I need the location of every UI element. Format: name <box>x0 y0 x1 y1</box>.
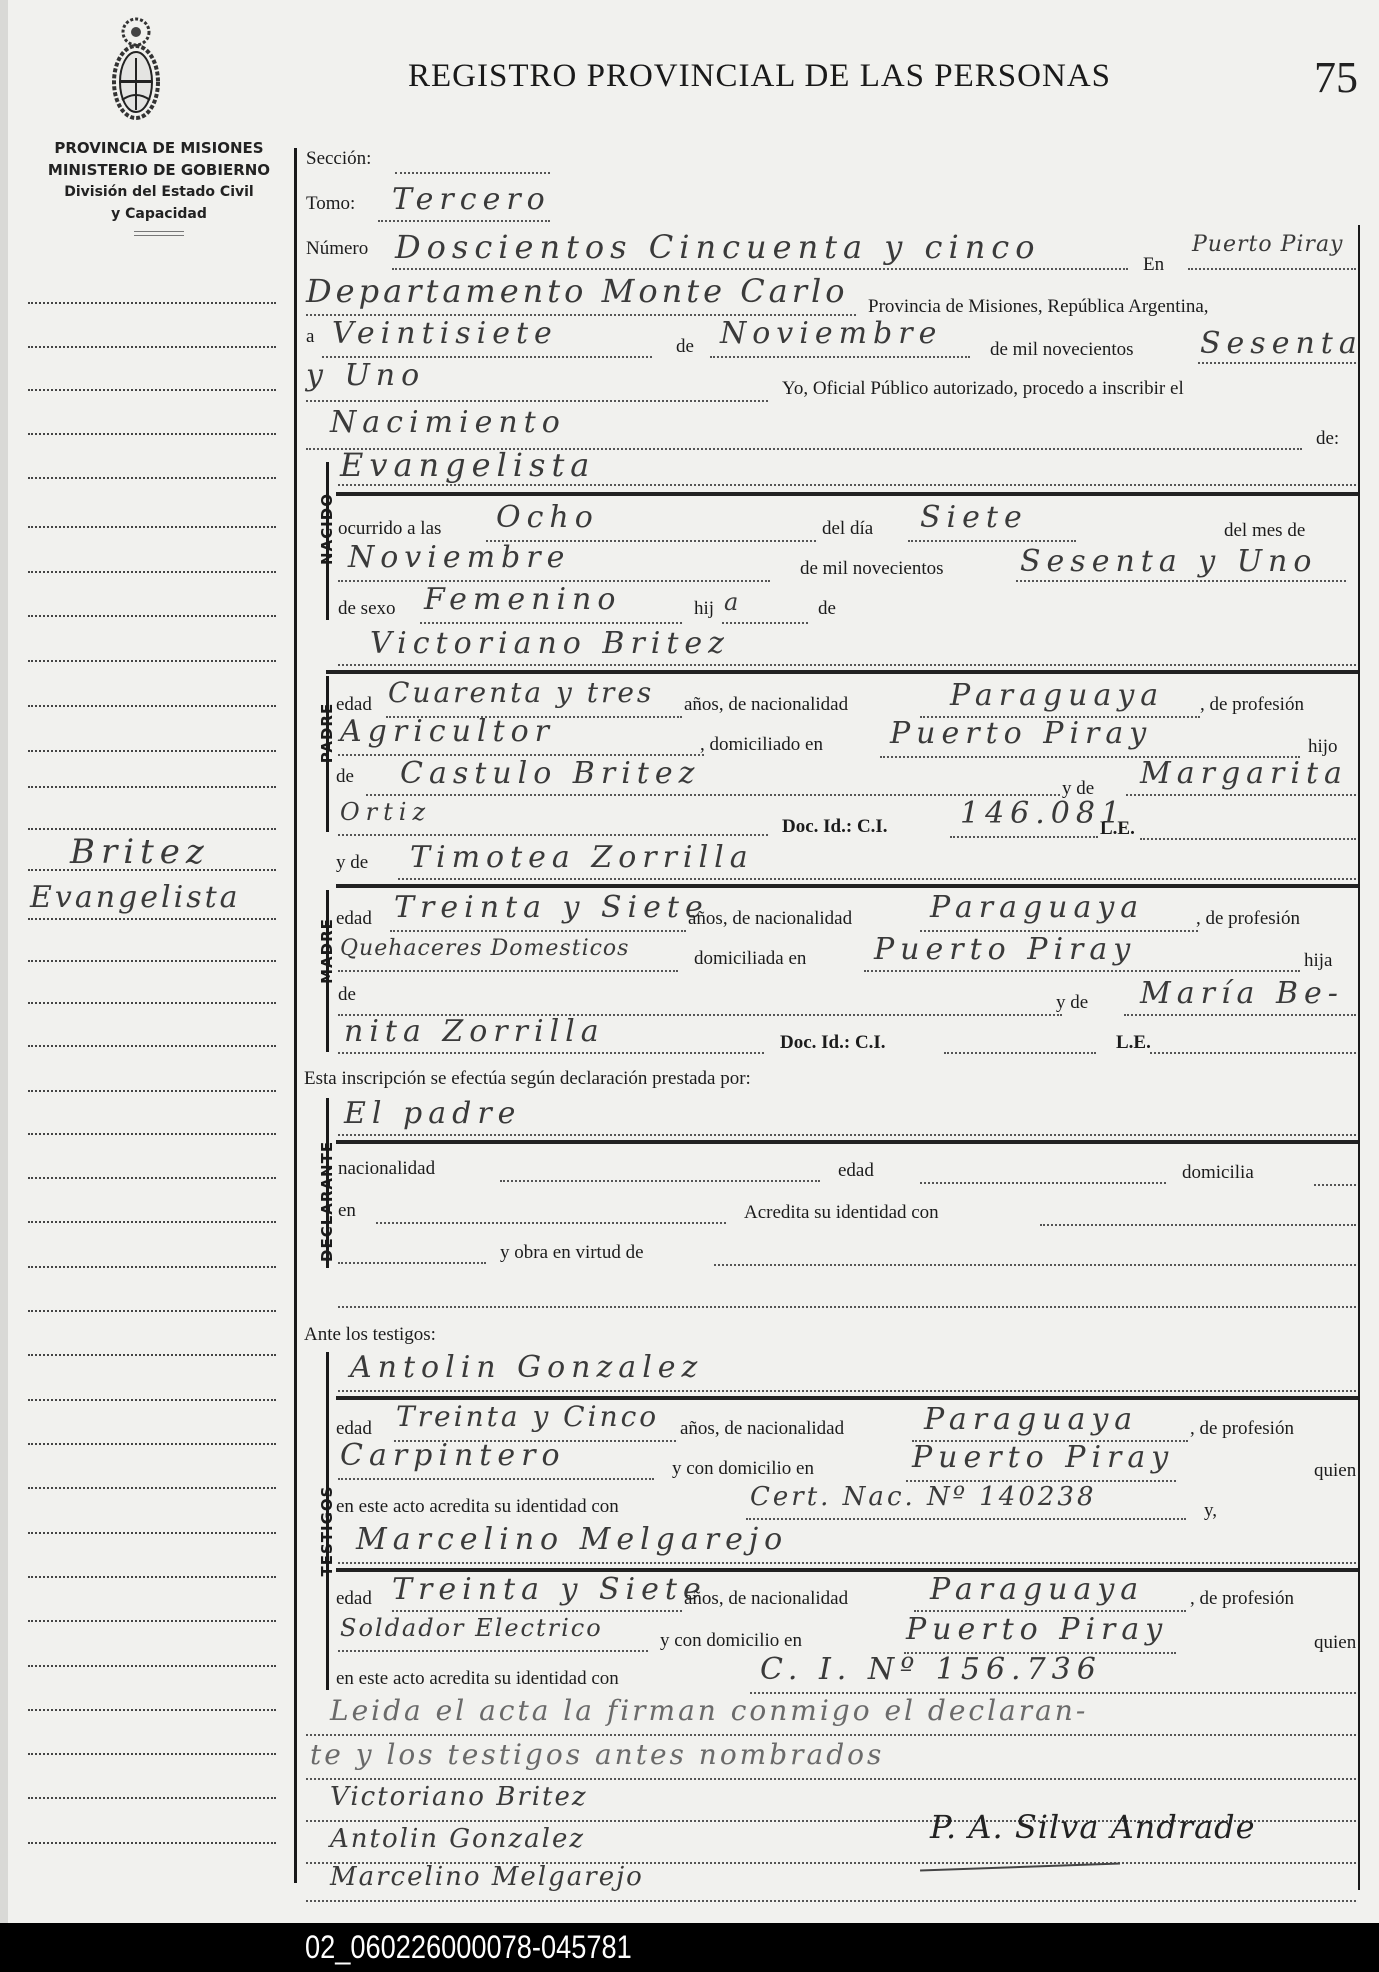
madre-profesion-label: , de profesión <box>1196 908 1300 930</box>
a-label: a <box>306 326 314 348</box>
padre-le-label: L.E. <box>1100 818 1135 840</box>
madre-y-de2-label: y de <box>1056 992 1088 1014</box>
t1-profesion: Carpintero <box>340 1438 566 1473</box>
declarante-intro: Esta inscripción se efectúa según declar… <box>304 1068 751 1090</box>
madre-ci-field[interactable] <box>944 1052 1096 1054</box>
en-field[interactable] <box>1188 268 1356 270</box>
declarante-domicilia-label: domicilia <box>1182 1162 1254 1184</box>
padre-edad-label: edad <box>336 694 372 716</box>
padre-edad: Cuarenta y tres <box>388 676 654 709</box>
t2-edad: Treinta y Siete <box>392 1572 707 1607</box>
tomo-field[interactable] <box>378 220 550 222</box>
departamento-value: Departamento Monte Carlo <box>306 272 849 310</box>
t1-nombre-field[interactable] <box>338 1390 1356 1392</box>
madre-edad: Treinta y Siete <box>394 890 709 925</box>
signature-marcelino: Marcelino Melgarejo <box>330 1862 644 1892</box>
t2-acredita-label: en este acto acredita su identidad con <box>336 1668 619 1690</box>
nacido-section-label: NACIDO <box>318 484 336 574</box>
madre-domicilio: Puerto Piray <box>874 932 1136 967</box>
org-block: PROVINCIA DE MISIONES MINISTERIO DE GOBI… <box>28 137 290 236</box>
padre-madre-de-2: Ortiz <box>340 798 431 826</box>
acto-value: Nacimiento <box>330 405 566 440</box>
org-province: PROVINCIA DE MISIONES <box>28 137 290 159</box>
t1-profesion-label: , de profesión <box>1190 1418 1294 1440</box>
madre-madre-de-1: María Be- <box>1140 976 1344 1011</box>
padre-nacionalidad: Paraguaya <box>950 678 1164 713</box>
hij-suffix: a <box>724 588 744 616</box>
margin-note-given-name: Evangelista <box>30 880 241 915</box>
declarante-nombre: El padre <box>344 1096 521 1131</box>
section-divider <box>336 492 1358 496</box>
de-label: de <box>676 336 694 358</box>
t2-nombre: Marcelino Melgarejo <box>356 1522 788 1557</box>
page-edge <box>0 0 8 1923</box>
madre-domicilio-field[interactable] <box>864 970 1300 972</box>
t2-nacionalidad: Paraguaya <box>930 1572 1144 1607</box>
madre-nombre-field[interactable] <box>398 878 1356 880</box>
ocurrido-label: ocurrido a las <box>338 518 441 540</box>
dia-nacido-value: Siete <box>920 500 1028 535</box>
image-code: 02_060226000078-045781 <box>305 1929 632 1966</box>
t2-nombre-field[interactable] <box>338 1562 1356 1564</box>
declarante-acredita-label: Acredita su identidad con <box>744 1202 939 1224</box>
testigos-intro: Ante los testigos: <box>304 1324 436 1346</box>
seccion-label: Sección: <box>306 148 371 170</box>
madre-hija-label: hija <box>1304 950 1333 972</box>
mes-nacido-value: Noviembre <box>348 540 570 575</box>
declarante-en-label: en <box>338 1200 356 1222</box>
madre-madre-field[interactable] <box>1124 1014 1356 1016</box>
sexo-label: de sexo <box>338 598 396 620</box>
sexo-field[interactable] <box>420 622 682 624</box>
argentina-coat-of-arms-icon <box>108 14 164 126</box>
closing-line-1-field <box>306 1734 1356 1736</box>
t1-domicilio: Puerto Piray <box>912 1440 1174 1475</box>
padre-section-label: PADRE <box>318 688 336 778</box>
anio-nacido-field[interactable] <box>1016 580 1346 582</box>
divider <box>134 231 184 236</box>
numero-label: Número <box>306 238 368 260</box>
anio-field-2[interactable] <box>306 400 768 402</box>
t1-domicilio-label: y con domicilio en <box>672 1458 814 1480</box>
t2-domicilio-label: y con domicilio en <box>660 1630 802 1652</box>
declarante-edad-label: edad <box>838 1160 874 1182</box>
nacido-nombre-field[interactable] <box>338 484 1356 486</box>
t2-profesion: Soldador Electrico <box>340 1614 603 1642</box>
de-nacido-label: de <box>818 598 836 620</box>
t2-quien-label: quien <box>1314 1632 1356 1654</box>
t1-acredita-label: en este acto acredita su identidad con <box>336 1496 619 1518</box>
mes-field[interactable] <box>710 356 970 358</box>
padre-domicilio: Puerto Piray <box>890 716 1152 751</box>
padre-padre-de: Castulo Britez <box>400 756 700 791</box>
t1-nacionalidad: Paraguaya <box>924 1402 1138 1437</box>
madre-profesion: Quehaceres Domesticos <box>340 936 629 961</box>
madre-le-label: L.E. <box>1116 1032 1151 1054</box>
dia-nacido-field[interactable] <box>908 540 1076 542</box>
page-number: 75 <box>1314 52 1358 103</box>
t2-domicilio: Puerto Piray <box>906 1612 1168 1647</box>
declarante-nacionalidad-field[interactable] <box>500 1180 820 1182</box>
nacido-nombre: Evangelista <box>340 446 595 484</box>
t1-documento: Cert. Nac. Nº 140238 <box>750 1482 1097 1512</box>
org-ministry: MINISTERIO DE GOBIERNO <box>28 159 290 181</box>
declarante-en-field[interactable] <box>376 1222 726 1224</box>
t1-profesion-field[interactable] <box>338 1478 654 1480</box>
t2-profesion-label: , de profesión <box>1190 1588 1294 1610</box>
testigos-section-label: TESTIGOS <box>318 1474 336 1588</box>
numero-field[interactable] <box>392 268 1128 270</box>
org-division: División del Estado Civil <box>28 181 290 203</box>
declarante-obra-field-a[interactable] <box>338 1262 486 1264</box>
declarante-nombre-field[interactable] <box>338 1134 1356 1136</box>
padre-padre-field[interactable] <box>366 794 1060 796</box>
t2-profesion-field[interactable] <box>338 1650 648 1652</box>
padre-de-label: de <box>336 766 354 788</box>
t1-anios-label: años, de nacionalidad <box>680 1418 844 1440</box>
madre-nombre: Timotea Zorrilla <box>410 840 754 875</box>
image-code-bar: 02_060226000078-045781 <box>0 1923 1379 1972</box>
provincia-text: Provincia de Misiones, República Argenti… <box>868 296 1209 318</box>
padre-le-field[interactable] <box>1140 838 1356 840</box>
anio-field[interactable] <box>1198 362 1356 364</box>
declarante-domicilia-field[interactable] <box>1314 1184 1356 1186</box>
madre-y-de-label: y de <box>336 852 368 874</box>
madre-de-label: de <box>338 984 356 1006</box>
madre-anios-label: años, de nacionalidad <box>688 908 852 930</box>
section-divider <box>336 1140 1358 1144</box>
declarante-edad-field[interactable] <box>920 1182 1166 1184</box>
declarante-acredita-field[interactable] <box>1040 1224 1356 1226</box>
t1-edad-label: edad <box>336 1418 372 1440</box>
padre-madre-field[interactable] <box>1126 794 1356 796</box>
seccion-field[interactable] <box>395 172 550 174</box>
madre-profesion-field[interactable] <box>338 970 678 972</box>
padre-doc-label: Doc. Id.: C.I. <box>782 816 888 838</box>
mil-label: de mil novecientos <box>990 339 1134 361</box>
hij-label: hij <box>694 598 714 620</box>
t2-documento: C. I. Nº 156.736 <box>760 1652 1102 1687</box>
margin-note-surname: Britez <box>70 832 210 872</box>
sexo-value: Femenino <box>424 582 621 617</box>
tomo-label: Tomo: <box>306 193 355 215</box>
madre-madre-de-2: nita Zorrilla <box>344 1014 605 1049</box>
padre-hijo-label: hijo <box>1308 736 1338 758</box>
t1-nombre: Antolin Gonzalez <box>350 1350 703 1385</box>
closing-line-2: te y los testigos antes nombrados <box>310 1738 884 1771</box>
madre-le-field[interactable] <box>1150 1052 1356 1054</box>
t1-y-label: y, <box>1204 1500 1217 1522</box>
hij-field[interactable] <box>722 622 808 624</box>
padre-madre-de-1: Margarita <box>1140 756 1348 791</box>
declarante-obra-field-2[interactable] <box>338 1306 1356 1308</box>
padre-anios-label: años, de nacionalidad <box>684 694 848 716</box>
hora-value: Ocho <box>496 500 599 535</box>
declarante-nacionalidad-label: nacionalidad <box>338 1158 435 1180</box>
padre-ci-field[interactable] <box>950 836 1098 838</box>
en-value: Puerto Piray <box>1192 232 1344 257</box>
dia-value: Veintisiete <box>332 316 558 351</box>
mil-nacido-label: de mil novecientos <box>800 558 944 580</box>
declarante-section-label: DECLARANTE <box>318 1148 336 1262</box>
signature-antolin: Antolin Gonzalez <box>330 1824 585 1854</box>
main-right-rule <box>1358 225 1360 1890</box>
closing-line-2-field <box>306 1778 1356 1780</box>
declarante-obra-field[interactable] <box>714 1264 1356 1266</box>
madre-doc-label: Doc. Id.: C.I. <box>780 1032 886 1054</box>
en-label: En <box>1143 254 1164 276</box>
del-dia-label: del día <box>822 518 873 540</box>
madre-edad-field[interactable] <box>390 930 686 932</box>
section-divider <box>326 670 1358 674</box>
org-capacity: y Capacidad <box>28 203 290 225</box>
document-title: REGISTRO PROVINCIAL DE LAS PERSONAS <box>408 58 1111 95</box>
signature-line-3 <box>306 1900 1356 1902</box>
t1-quien-label: quien <box>1314 1460 1356 1482</box>
padre-profesion: Agricultor <box>340 714 555 749</box>
section-divider <box>336 884 1358 888</box>
padre-domicilio-label: , domiciliado en <box>700 734 823 756</box>
padre-nombre: Victoriano Britez <box>370 626 730 661</box>
numero-value: Doscientos Cincuenta y cinco <box>395 228 1040 266</box>
padre-profesion-label: , de profesión <box>1200 694 1304 716</box>
tomo-value: Tercero <box>392 182 551 217</box>
padre-madre-field-2[interactable] <box>338 834 768 836</box>
declarante-obra-label: y obra en virtud de <box>500 1242 644 1264</box>
anio-nacido-value: Sesenta y Uno <box>1020 544 1317 579</box>
t2-edad-field[interactable] <box>392 1610 682 1612</box>
official-signature: P. A. Silva Andrade <box>930 1808 1256 1846</box>
madre-madre-field-2[interactable] <box>338 1052 764 1054</box>
del-mes-label: del mes de <box>1224 520 1305 542</box>
anio-value-1: Sesenta <box>1200 326 1363 361</box>
madre-domicilio-label: domiciliada en <box>694 948 806 970</box>
madre-edad-label: edad <box>336 908 372 930</box>
closing-line-1: Leida el acta la firman conmigo el decla… <box>330 1694 1088 1727</box>
mes-value: Noviembre <box>720 316 942 351</box>
signature-victoriano: Victoriano Britez <box>330 1782 588 1812</box>
anio-value-2: y Uno <box>306 358 425 393</box>
t2-anios-label: años, de nacionalidad <box>684 1588 848 1610</box>
t1-documento-field[interactable] <box>746 1518 1186 1520</box>
main-left-rule <box>294 148 297 1883</box>
de-colon: de: <box>1316 428 1339 450</box>
oficial-text: Yo, Oficial Público autorizado, procedo … <box>782 378 1184 400</box>
madre-section-label: MADRE <box>318 906 336 996</box>
madre-nacionalidad: Paraguaya <box>930 890 1144 925</box>
t2-edad-label: edad <box>336 1588 372 1610</box>
t1-edad: Treinta y Cinco <box>396 1400 659 1433</box>
padre-nombre-field[interactable] <box>338 664 1356 666</box>
